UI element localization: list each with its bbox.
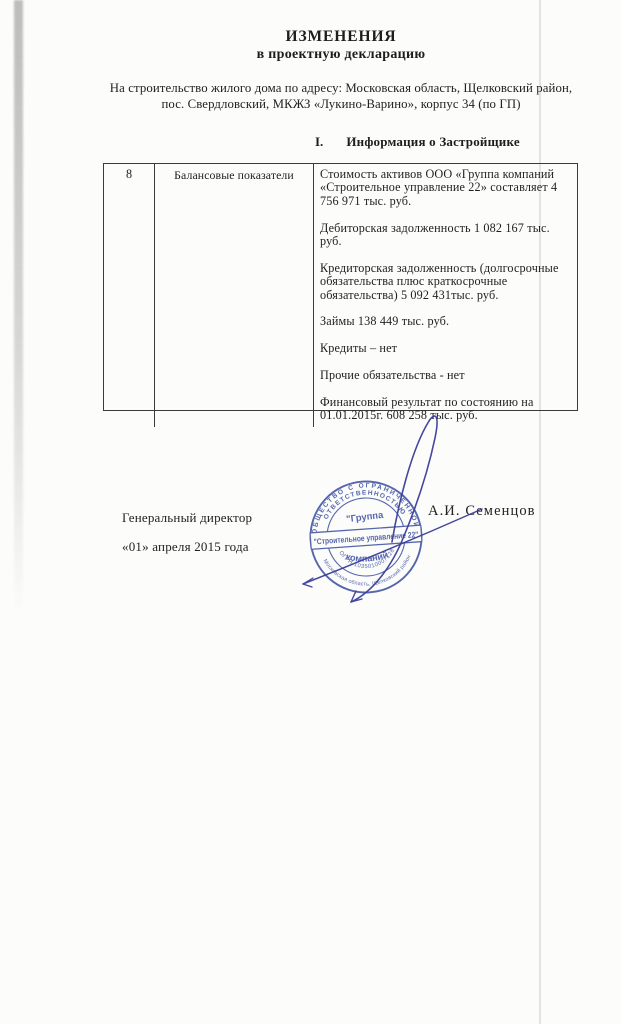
financial-paragraph-assets: Стоимость активов ООО «Группа компаний «… (320, 168, 569, 208)
stamp-outer-ring-top-text: ОБЩЕСТВО С ОГРАНИЧЕННОЙ (309, 480, 422, 535)
row-content-cell: Стоимость активов ООО «Группа компаний «… (314, 164, 577, 427)
developer-info-table: 8 Балансовые показатели Стоимость активо… (103, 163, 578, 411)
signature-date: «01» апреля 2015 года (122, 539, 249, 555)
scanned-page: ИЗМЕНЕНИЯ в проектную декларацию На стро… (0, 0, 621, 1024)
signature-arrowhead-left (303, 578, 313, 587)
signatory-name: А.И. Семенцов (428, 503, 536, 520)
section-heading: I.Информация о Застройщике (315, 134, 520, 150)
construction-address: На строительство жилого дома по адресу: … (93, 81, 589, 112)
financial-paragraph-loans: Займы 138 449 тыс. руб. (320, 315, 569, 328)
stamp-ribbon: "Строительное управление 22" (310, 525, 422, 549)
document-subtitle: в проектную декларацию (103, 47, 579, 63)
financial-paragraph-receivables: Дебиторская задолженность 1 082 167 тыс.… (320, 222, 569, 249)
signature-diagonal-stroke (303, 509, 482, 584)
row-label-cell: Балансовые показатели (155, 164, 314, 427)
row-number-cell: 8 (104, 164, 155, 427)
signature-arrowhead-down (351, 591, 362, 602)
stamp-inner-ring-top-text: ОТВЕТСТВЕННОСТЬЮ (321, 487, 407, 521)
section-number: I. (315, 134, 323, 150)
section-title: Информация о Застройщике (346, 134, 520, 150)
stamp-outer-ring-bottom-text: Московская область, Щелковский район (322, 554, 414, 590)
company-stamp: ОБЩЕСТВО С ОГРАНИЧЕННОЙ ОТВЕТСТВЕННОСТЬЮ… (308, 479, 426, 596)
financial-paragraph-result: Финансовый результат по состоянию на 01.… (320, 396, 569, 423)
stamp-center-bottom-text: компаний (344, 549, 390, 564)
address-line-1: На строительство жилого дома по адресу: … (93, 81, 589, 97)
stamp-ribbon-box (310, 525, 422, 549)
stamp-ribbon-text: "Строительное управление 22" (313, 530, 418, 546)
financial-paragraph-payables: Кредиторская задолженность (долгосрочные… (320, 262, 569, 302)
stamp-inner-ring (325, 496, 407, 578)
scan-fold-line (539, 0, 541, 1024)
financial-paragraph-credits: Кредиты – нет (320, 342, 569, 355)
signatory-position: Генеральный директор (122, 510, 252, 526)
stamp-outer-ring (308, 479, 425, 596)
financial-paragraph-other: Прочие обязательства - нет (320, 369, 569, 382)
address-line-2: пос. Свердловский, МКЖЗ «Лукино-Варино»,… (93, 97, 589, 113)
stamp-ogrn-text: ОГРН 1035010007128 (337, 547, 397, 571)
document-title: ИЗМЕНЕНИЯ (103, 28, 579, 46)
scan-edge-shadow (14, 0, 23, 640)
signature-loop-stroke (351, 416, 437, 602)
stamp-center-top-text: "Группа (346, 510, 385, 526)
